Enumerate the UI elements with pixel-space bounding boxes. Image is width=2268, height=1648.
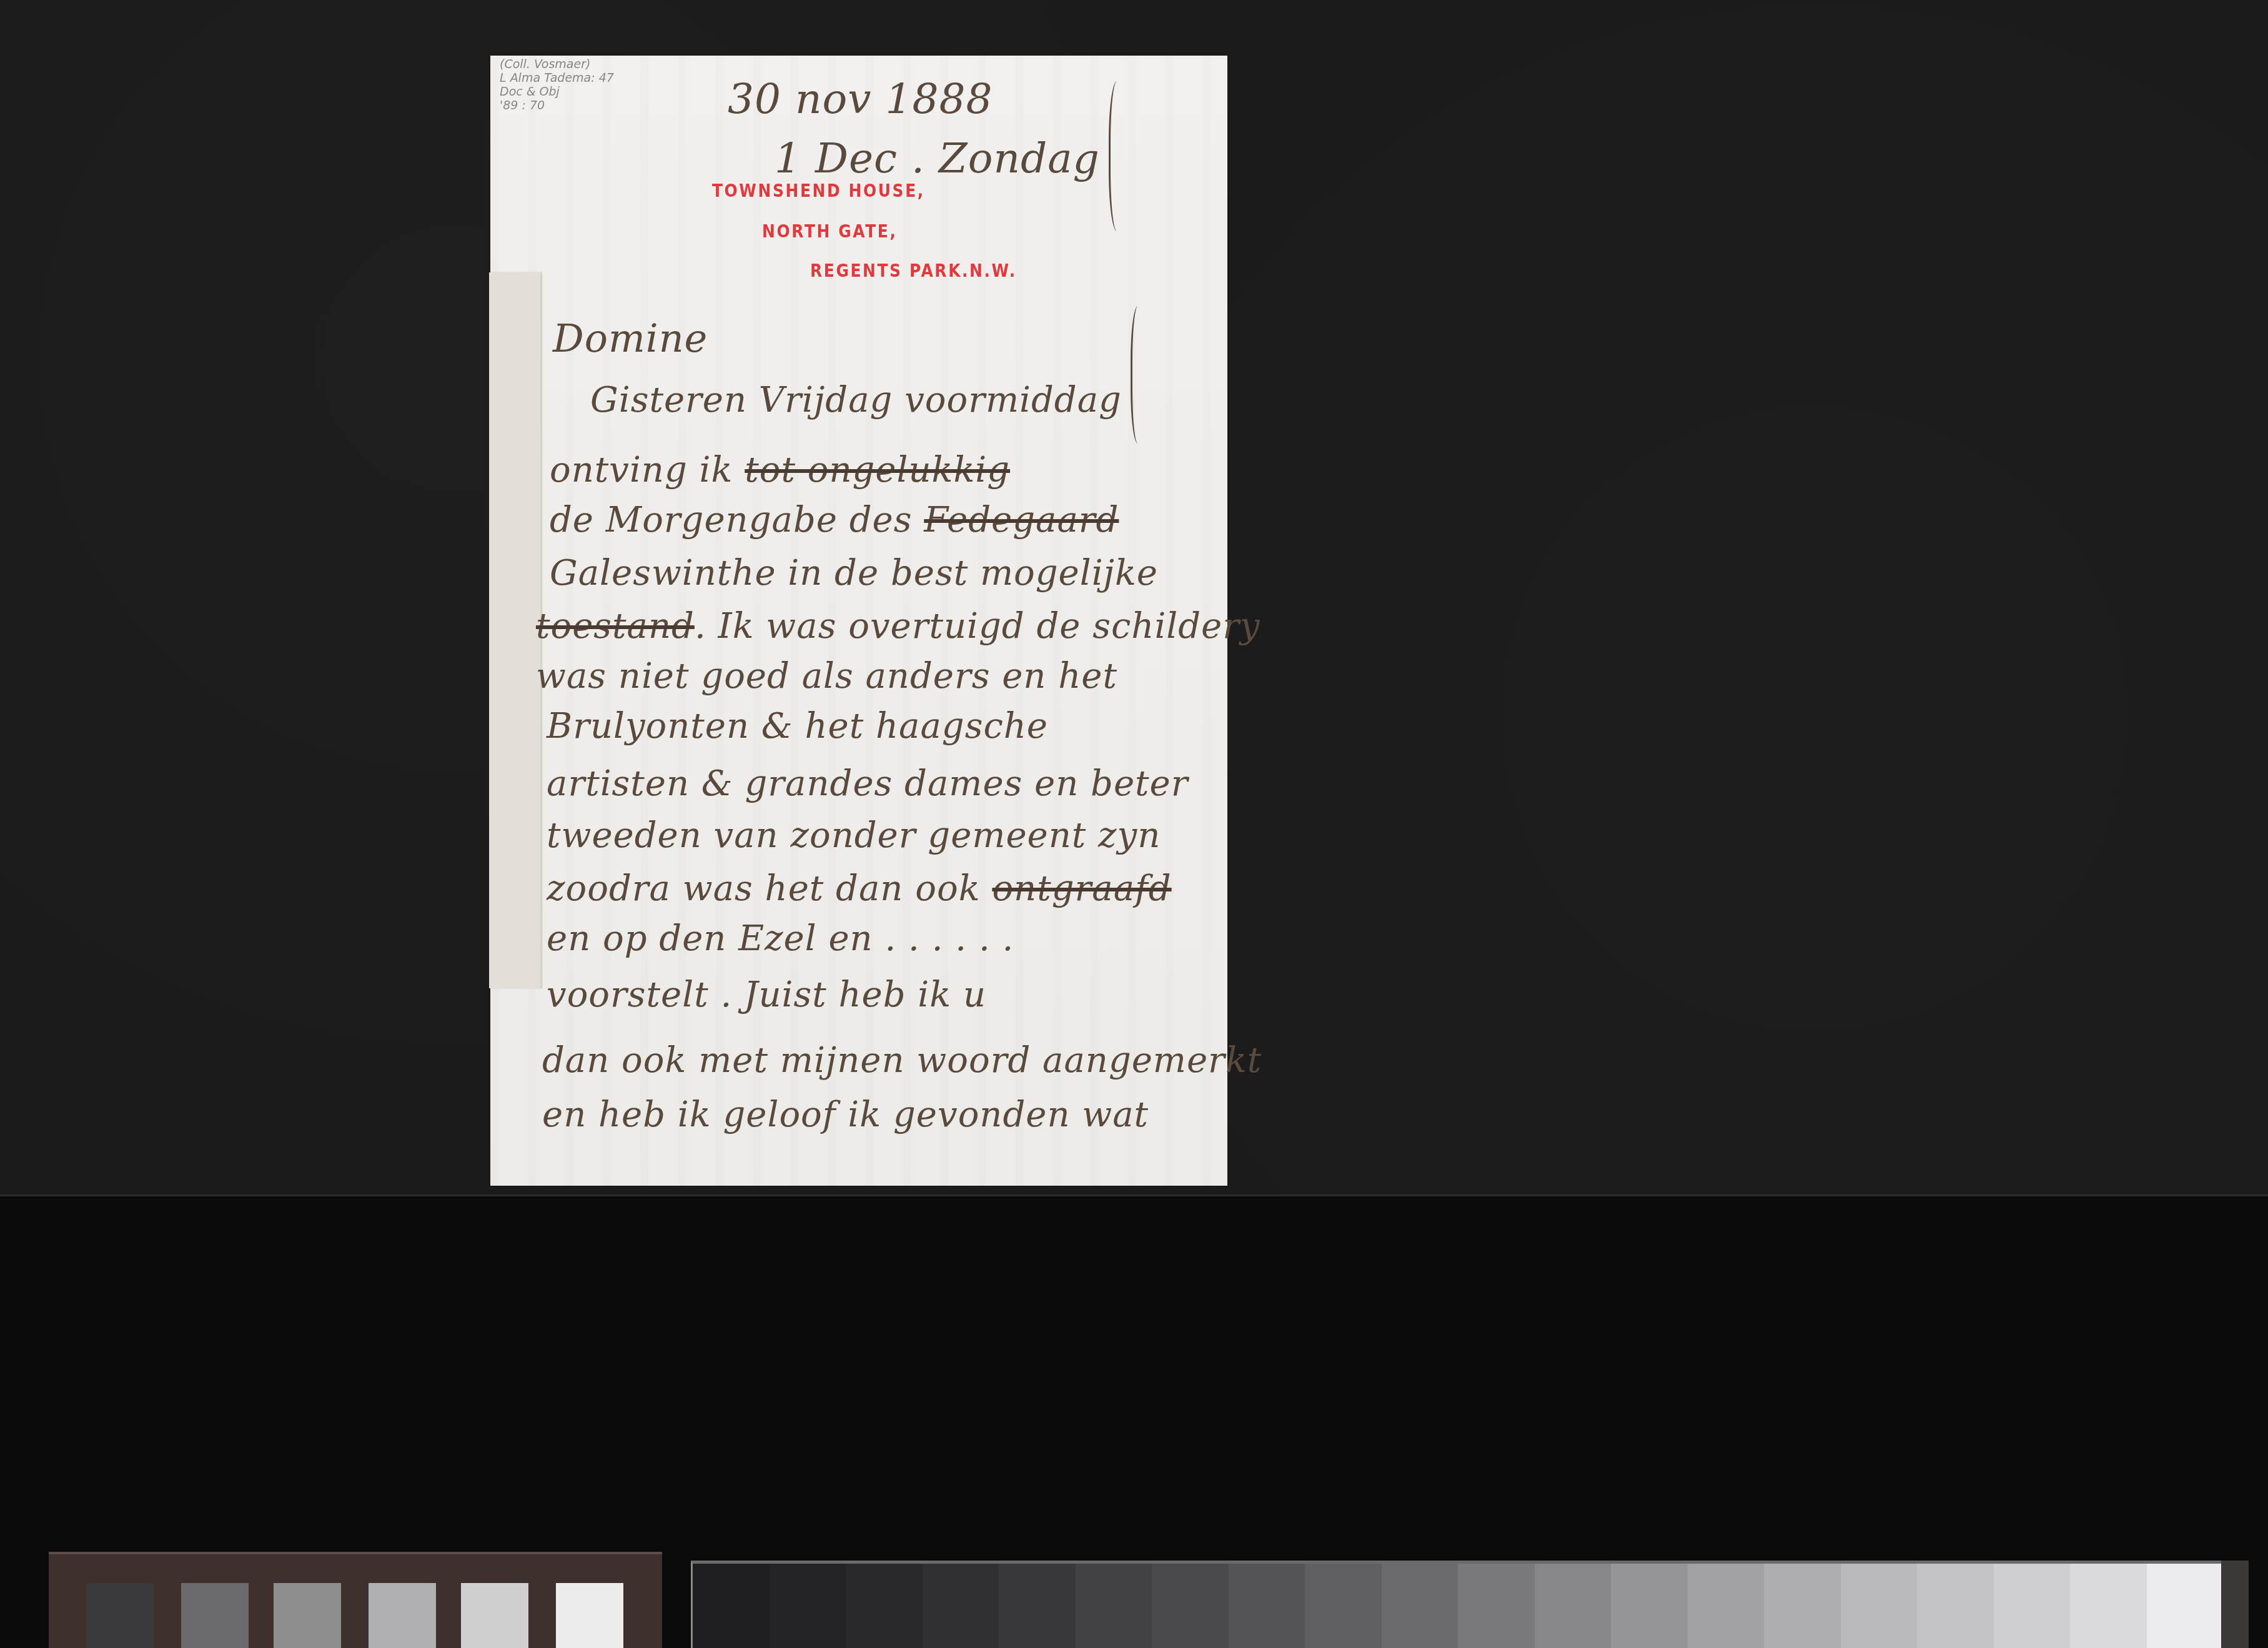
body-line: was niet goed als anders en het (536, 656, 1117, 697)
annotation-line: '89 : 70 (500, 99, 643, 112)
wedge-step (1688, 1564, 1765, 1648)
annotation-line: Doc & Obj (500, 85, 643, 99)
letterhead-line-1: TOWNSHEND HOUSE, (712, 180, 925, 201)
gray-patch (86, 1583, 154, 1648)
body-line: en op den Ezel en . . . . . . (547, 918, 1014, 959)
body-line: Brulyonten & het haagsche (547, 706, 1048, 747)
wedge-step (1458, 1564, 1535, 1648)
struck-text: ontgraafd (992, 868, 1171, 909)
gray-patch (369, 1583, 436, 1648)
letterhead-line-2: NORTH GATE, (762, 221, 897, 242)
gray-patch (181, 1583, 249, 1648)
body-line: artisten & grandes dames en beter (547, 763, 1189, 804)
annotation-line: (Coll. Vosmaer) (500, 57, 643, 71)
body-line: tweeden van zonder gemeent zyn (547, 815, 1161, 856)
wedge-step (2070, 1564, 2147, 1648)
struck-text: toestand (536, 606, 695, 647)
date-line: 30 nov 1888 (728, 75, 993, 123)
mounting-guard-strip (489, 272, 542, 988)
gray-patch (461, 1583, 528, 1648)
body-line: de Morgengabe des Fedegaard (550, 500, 1119, 540)
body-line: toestand. Ik was overtuigd de schildery (536, 606, 1260, 647)
wedge-step (1229, 1564, 1305, 1648)
wedge-step (1382, 1564, 1458, 1648)
wedge-step (1305, 1564, 1382, 1648)
gray-patch (556, 1583, 623, 1648)
wedge-step (1764, 1564, 1841, 1648)
body-line: ontving ik tot ongelukkig (550, 450, 1010, 490)
body-line: Gisteren Vrijdag voormiddag (590, 380, 1122, 420)
wedge-step (846, 1564, 923, 1648)
flourish-stroke (1131, 306, 1149, 444)
body-line: zoodra was het dan ook ontgraafd (547, 868, 1172, 909)
wedge-step (1152, 1564, 1229, 1648)
gray-step-wedge (691, 1561, 2223, 1648)
wedge-step (923, 1564, 999, 1648)
body-line: dan ook met mijnen woord aangemerkt (542, 1040, 1262, 1081)
struck-text: tot ongelukkig (745, 450, 1010, 490)
wedge-step (1841, 1564, 1918, 1648)
salutation: Domine (553, 315, 708, 361)
step-wedge-end-cap (2221, 1561, 2249, 1648)
wedge-step (2147, 1564, 2224, 1648)
annotation-line: L Alma Tadema: 47 (500, 71, 643, 85)
wedge-step (1535, 1564, 1612, 1648)
day-line: 1 Dec . Zondag (775, 134, 1100, 182)
wedge-step (999, 1564, 1076, 1648)
wedge-step (1611, 1564, 1688, 1648)
body-line: en heb ik geloof ik gevonden wat (542, 1095, 1149, 1135)
gray-patch (274, 1583, 341, 1648)
archive-annotation: (Coll. Vosmaer) L Alma Tadema: 47 Doc & … (500, 57, 643, 112)
letterhead-line-3: REGENTS PARK.N.W. (810, 260, 1017, 281)
body-line: Galeswinthe in de best mogelijke (550, 553, 1158, 593)
wedge-step (1076, 1564, 1152, 1648)
wedge-step (1994, 1564, 2071, 1648)
wedge-step (693, 1564, 770, 1648)
struck-text: Fedegaard (924, 500, 1119, 540)
flourish-stroke (1109, 81, 1129, 231)
wedge-step (770, 1564, 846, 1648)
wedge-step (1917, 1564, 1994, 1648)
body-line: voorstelt . Juist heb ik u (547, 975, 986, 1015)
